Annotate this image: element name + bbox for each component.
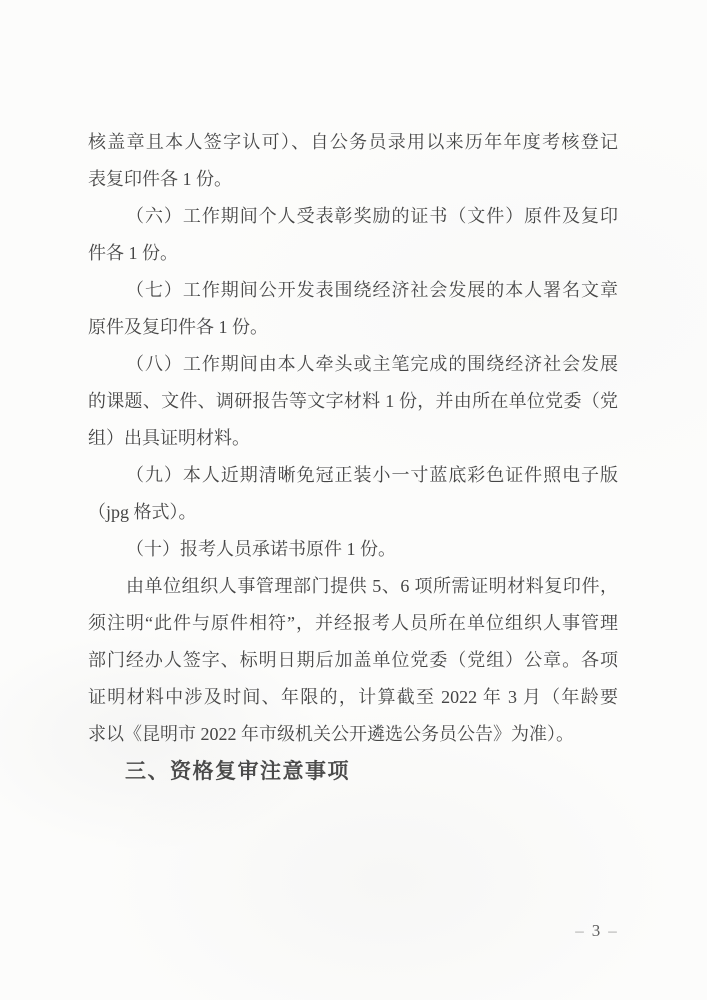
page-number-dash-right: – xyxy=(608,921,617,940)
text-line: （九）本人近期清晰免冠正装小一寸蓝底彩色证件照电子版 xyxy=(88,457,618,494)
text-line: （jpg 格式）。 xyxy=(88,494,618,531)
text-line: 表复印件各 1 份。 xyxy=(88,161,618,198)
paragraph: 核盖章且本人签字认可）、自公务员录用以来历年年度考核登记 表复印件各 1 份。 xyxy=(88,124,618,198)
text-line: 原件及复印件各 1 份。 xyxy=(88,309,618,346)
text-line: 的课题、文件、调研报告等文字材料 1 份，并由所在单位党委（党 xyxy=(88,383,618,420)
document-body: 核盖章且本人签字认可）、自公务员录用以来历年年度考核登记 表复印件各 1 份。 … xyxy=(88,124,618,790)
page-number-dash-left: – xyxy=(575,921,584,940)
text-line: 求以《昆明市 2022 年市级机关公开遴选公务员公告》为准）。 xyxy=(88,716,618,753)
text-line: 证明材料中涉及时间、年限的，计算截至 2022 年 3 月（年龄要 xyxy=(88,679,618,716)
text-line: 由单位组织人事管理部门提供 5、6 项所需证明材料复印件， xyxy=(88,568,618,605)
section-heading: 三、资格复审注意事项 xyxy=(88,753,618,790)
paragraph: 由单位组织人事管理部门提供 5、6 项所需证明材料复印件， 须注明“此件与原件相… xyxy=(88,568,618,753)
paragraph: （七）工作期间公开发表围绕经济社会发展的本人署名文章 原件及复印件各 1 份。 xyxy=(88,272,618,346)
page-number-value: 3 xyxy=(584,921,609,940)
text-line: 核盖章且本人签字认可）、自公务员录用以来历年年度考核登记 xyxy=(88,124,618,161)
page-number: –3– xyxy=(556,920,636,942)
paragraph: （九）本人近期清晰免冠正装小一寸蓝底彩色证件照电子版 （jpg 格式）。 xyxy=(88,457,618,531)
text-line: 部门经办人签字、标明日期后加盖单位党委（党组）公章。各项 xyxy=(88,642,618,679)
text-line: 件各 1 份。 xyxy=(88,235,618,272)
text-line: 须注明“此件与原件相符”，并经报考人员所在单位组织人事管理 xyxy=(88,605,618,642)
text-line: （六）工作期间个人受表彰奖励的证书（文件）原件及复印 xyxy=(88,198,618,235)
text-line: （八）工作期间由本人牵头或主笔完成的围绕经济社会发展 xyxy=(88,346,618,383)
text-line: 组）出具证明材料。 xyxy=(88,420,618,457)
paragraph: （十）报考人员承诺书原件 1 份。 xyxy=(88,531,618,568)
text-line: （十）报考人员承诺书原件 1 份。 xyxy=(88,531,618,568)
paragraph: （六）工作期间个人受表彰奖励的证书（文件）原件及复印 件各 1 份。 xyxy=(88,198,618,272)
text-line: （七）工作期间公开发表围绕经济社会发展的本人署名文章 xyxy=(88,272,618,309)
paragraph: （八）工作期间由本人牵头或主笔完成的围绕经济社会发展 的课题、文件、调研报告等文… xyxy=(88,346,618,457)
